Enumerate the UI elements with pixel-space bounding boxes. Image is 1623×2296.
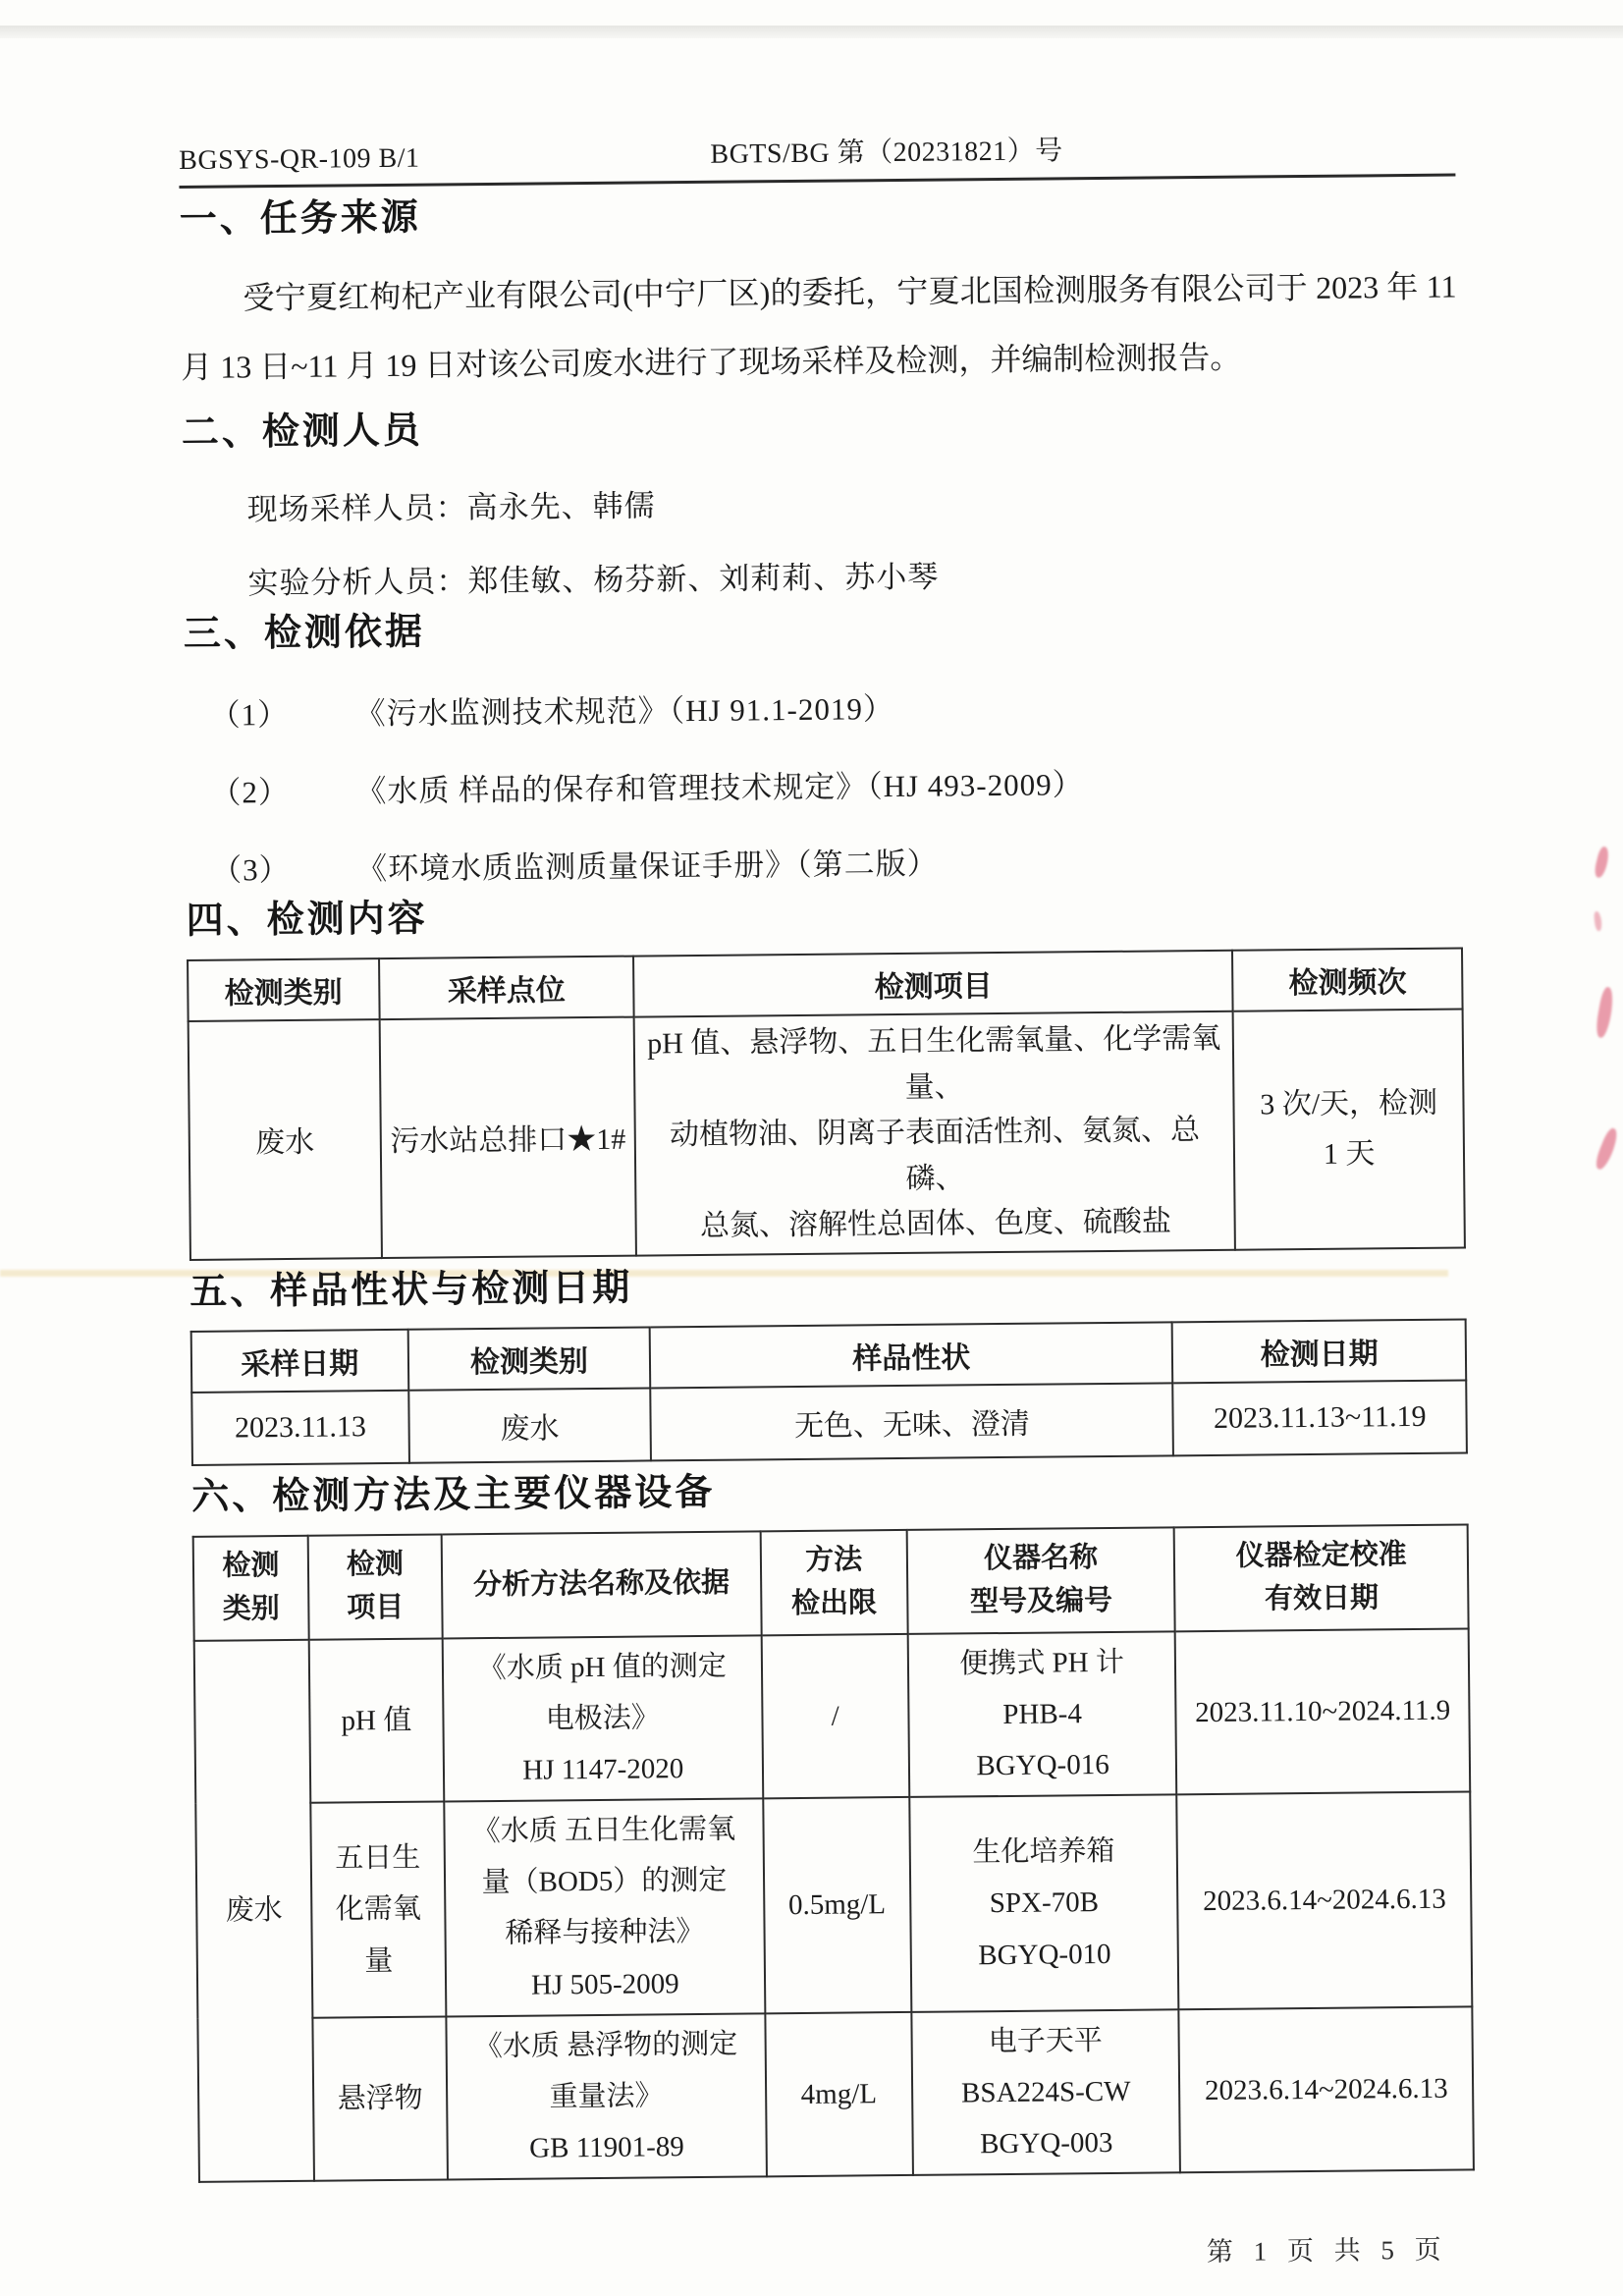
section-2-title: 二、检测人员 (182, 390, 1458, 456)
category-cell: 废水 (194, 1639, 314, 2182)
detection-date-cell: 2023.11.13~11.19 (1173, 1380, 1467, 1455)
table-row-bod5: 五日生 化需氧 量 《水质 五日生化需氧 量（BOD5）的测定 稀释与接种法》 … (195, 1792, 1472, 2019)
column-header: 检测项目 (633, 951, 1233, 1017)
reference-item: （1） 《污水监测技术规范》（HJ 91.1-2019） (209, 678, 1460, 734)
table-row: 废水 污水站总排口★1# pH 值、悬浮物、五日生化需氧量、化学需氧量、 动植物… (189, 1009, 1465, 1259)
column-header: 检测 项目 (307, 1534, 442, 1639)
scan-artifact-red-mark (1593, 846, 1610, 879)
reference-number: （3） (211, 844, 356, 889)
sample-character-table: 采样日期 检测类别 样品性状 检测日期 2023.11.13 废水 无色、无味、… (190, 1318, 1468, 1465)
item-cell: 悬浮物 (312, 2016, 448, 2181)
column-header: 检测类别 (407, 1327, 650, 1390)
item-cell: 五日生 化需氧 量 (310, 1802, 446, 2018)
column-header: 方法 检出限 (760, 1529, 907, 1634)
sample-character-cell: 无色、无味、澄清 (651, 1383, 1174, 1460)
reference-text: 《环境水质监测质量保证手册》（第二版） (356, 839, 939, 889)
section-4-title: 四、检测内容 (186, 877, 1462, 943)
report-number: BGTS/BG 第（20231821）号 (710, 129, 1063, 171)
reference-item: （2） 《水质 样品的保存和管理技术规定》（HJ 493-2009） (210, 755, 1461, 811)
category-cell: 废水 (189, 1019, 382, 1259)
method-cell: 《水质 五日生化需氧 量（BOD5）的测定 稀释与接种法》 HJ 505-200… (444, 1798, 765, 2016)
method-cell: 《水质 pH 值的测定 电极法》 HJ 1147-2020 (443, 1635, 763, 1802)
section-1-paragraph: 受宁夏红枸杞产业有限公司(中宁厂区)的委托，宁夏北国检测服务有限公司于 2023… (180, 252, 1457, 402)
page-footer: 第 1 页 共 5 页 (199, 2228, 1476, 2278)
scan-artifact-red-mark (1595, 986, 1616, 1038)
table-row-ph: 废水 pH 值 《水质 pH 值的测定 电极法》 HJ 1147-2020 / … (194, 1628, 1471, 1804)
column-header: 检测频次 (1232, 948, 1462, 1011)
monitoring-content-table: 检测类别 采样点位 检测项目 检测频次 废水 污水站总排口★1# pH 值、悬浮… (187, 947, 1466, 1260)
calibration-validity-cell: 2023.6.14~2024.6.13 (1179, 2006, 1474, 2172)
section-1-title: 一、任务来源 (179, 177, 1455, 243)
section-6-title: 六、检测方法及主要仪器设备 (191, 1453, 1468, 1519)
detection-limit-cell: 4mg/L (765, 2012, 913, 2177)
sampling-point-cell: 污水站总排口★1# (379, 1017, 636, 1258)
sampling-date-cell: 2023.11.13 (191, 1390, 408, 1464)
column-header: 检测日期 (1172, 1319, 1466, 1383)
column-header: 仪器名称 型号及编号 (906, 1527, 1175, 1634)
reference-number: （1） (209, 688, 354, 734)
category-cell: 废水 (408, 1388, 651, 1462)
method-instrument-table: 检测 类别 检测 项目 分析方法名称及依据 方法 检出限 仪器名称 型号及编号 … (192, 1523, 1475, 2183)
table-row-suspended-solids: 悬浮物 《水质 悬浮物的测定 重量法》 GB 11901-89 4mg/L 电子… (197, 2006, 1474, 2182)
scan-artifact-red-mark (1594, 911, 1602, 932)
column-header: 样品性状 (650, 1322, 1173, 1388)
scan-artifact-red-mark (1593, 1126, 1621, 1172)
column-header: 检测 类别 (193, 1535, 309, 1640)
item-cell: pH 值 (308, 1638, 444, 1803)
section-3-title: 三、检测依据 (184, 590, 1460, 656)
column-header: 采样点位 (379, 957, 634, 1019)
instrument-cell: 便携式 PH 计 PHB-4 BGYQ-016 (908, 1631, 1177, 1797)
instrument-cell: 电子天平 BSA224S-CW BGYQ-003 (911, 2009, 1180, 2175)
detection-limit-cell: 0.5mg/L (763, 1797, 911, 2013)
column-header: 分析方法名称及依据 (442, 1531, 762, 1638)
calibration-validity-cell: 2023.11.10~2024.11.9 (1175, 1628, 1470, 1794)
table-header-row: 检测 类别 检测 项目 分析方法名称及依据 方法 检出限 仪器名称 型号及编号 … (193, 1524, 1469, 1640)
reference-number: （2） (210, 766, 355, 811)
scanned-report-page: BGSYS-QR-109 B/1 BGTS/BG 第（20231821）号 一、… (0, 0, 1623, 2296)
instrument-cell: 生化培养箱 SPX-70B BGYQ-010 (909, 1794, 1179, 2011)
column-header: 检测类别 (188, 958, 379, 1021)
reference-text: 《水质 样品的保存和管理技术规定》（HJ 493-2009） (355, 759, 1084, 810)
table-row: 2023.11.13 废水 无色、无味、澄清 2023.11.13~11.19 (191, 1380, 1467, 1464)
section-5-title: 五、样品性状与检测日期 (189, 1248, 1466, 1314)
column-header: 采样日期 (191, 1329, 408, 1392)
frequency-cell: 3 次/天，检测 1 天 (1233, 1009, 1465, 1249)
monitoring-items-cell: pH 值、悬浮物、五日生化需氧量、化学需氧量、 动植物油、阴离子表面活性剂、氨氮… (634, 1011, 1235, 1255)
detection-limit-cell: / (761, 1633, 909, 1798)
scan-artifact-top-band (0, 26, 1623, 38)
calibration-validity-cell: 2023.6.14~2024.6.13 (1177, 1792, 1473, 2010)
form-code: BGSYS-QR-109 B/1 (179, 143, 420, 177)
method-cell: 《水质 悬浮物的测定 重量法》 GB 11901-89 (446, 2013, 766, 2180)
page-content: BGSYS-QR-109 B/1 BGTS/BG 第（20231821）号 一、… (179, 126, 1476, 2279)
column-header: 仪器检定校准 有效日期 (1174, 1524, 1469, 1631)
reference-text: 《污水监测技术规范》（HJ 91.1-2019） (354, 683, 894, 733)
sampling-personnel-line: 现场采样人员：高永先、韩儒 (246, 473, 1458, 529)
